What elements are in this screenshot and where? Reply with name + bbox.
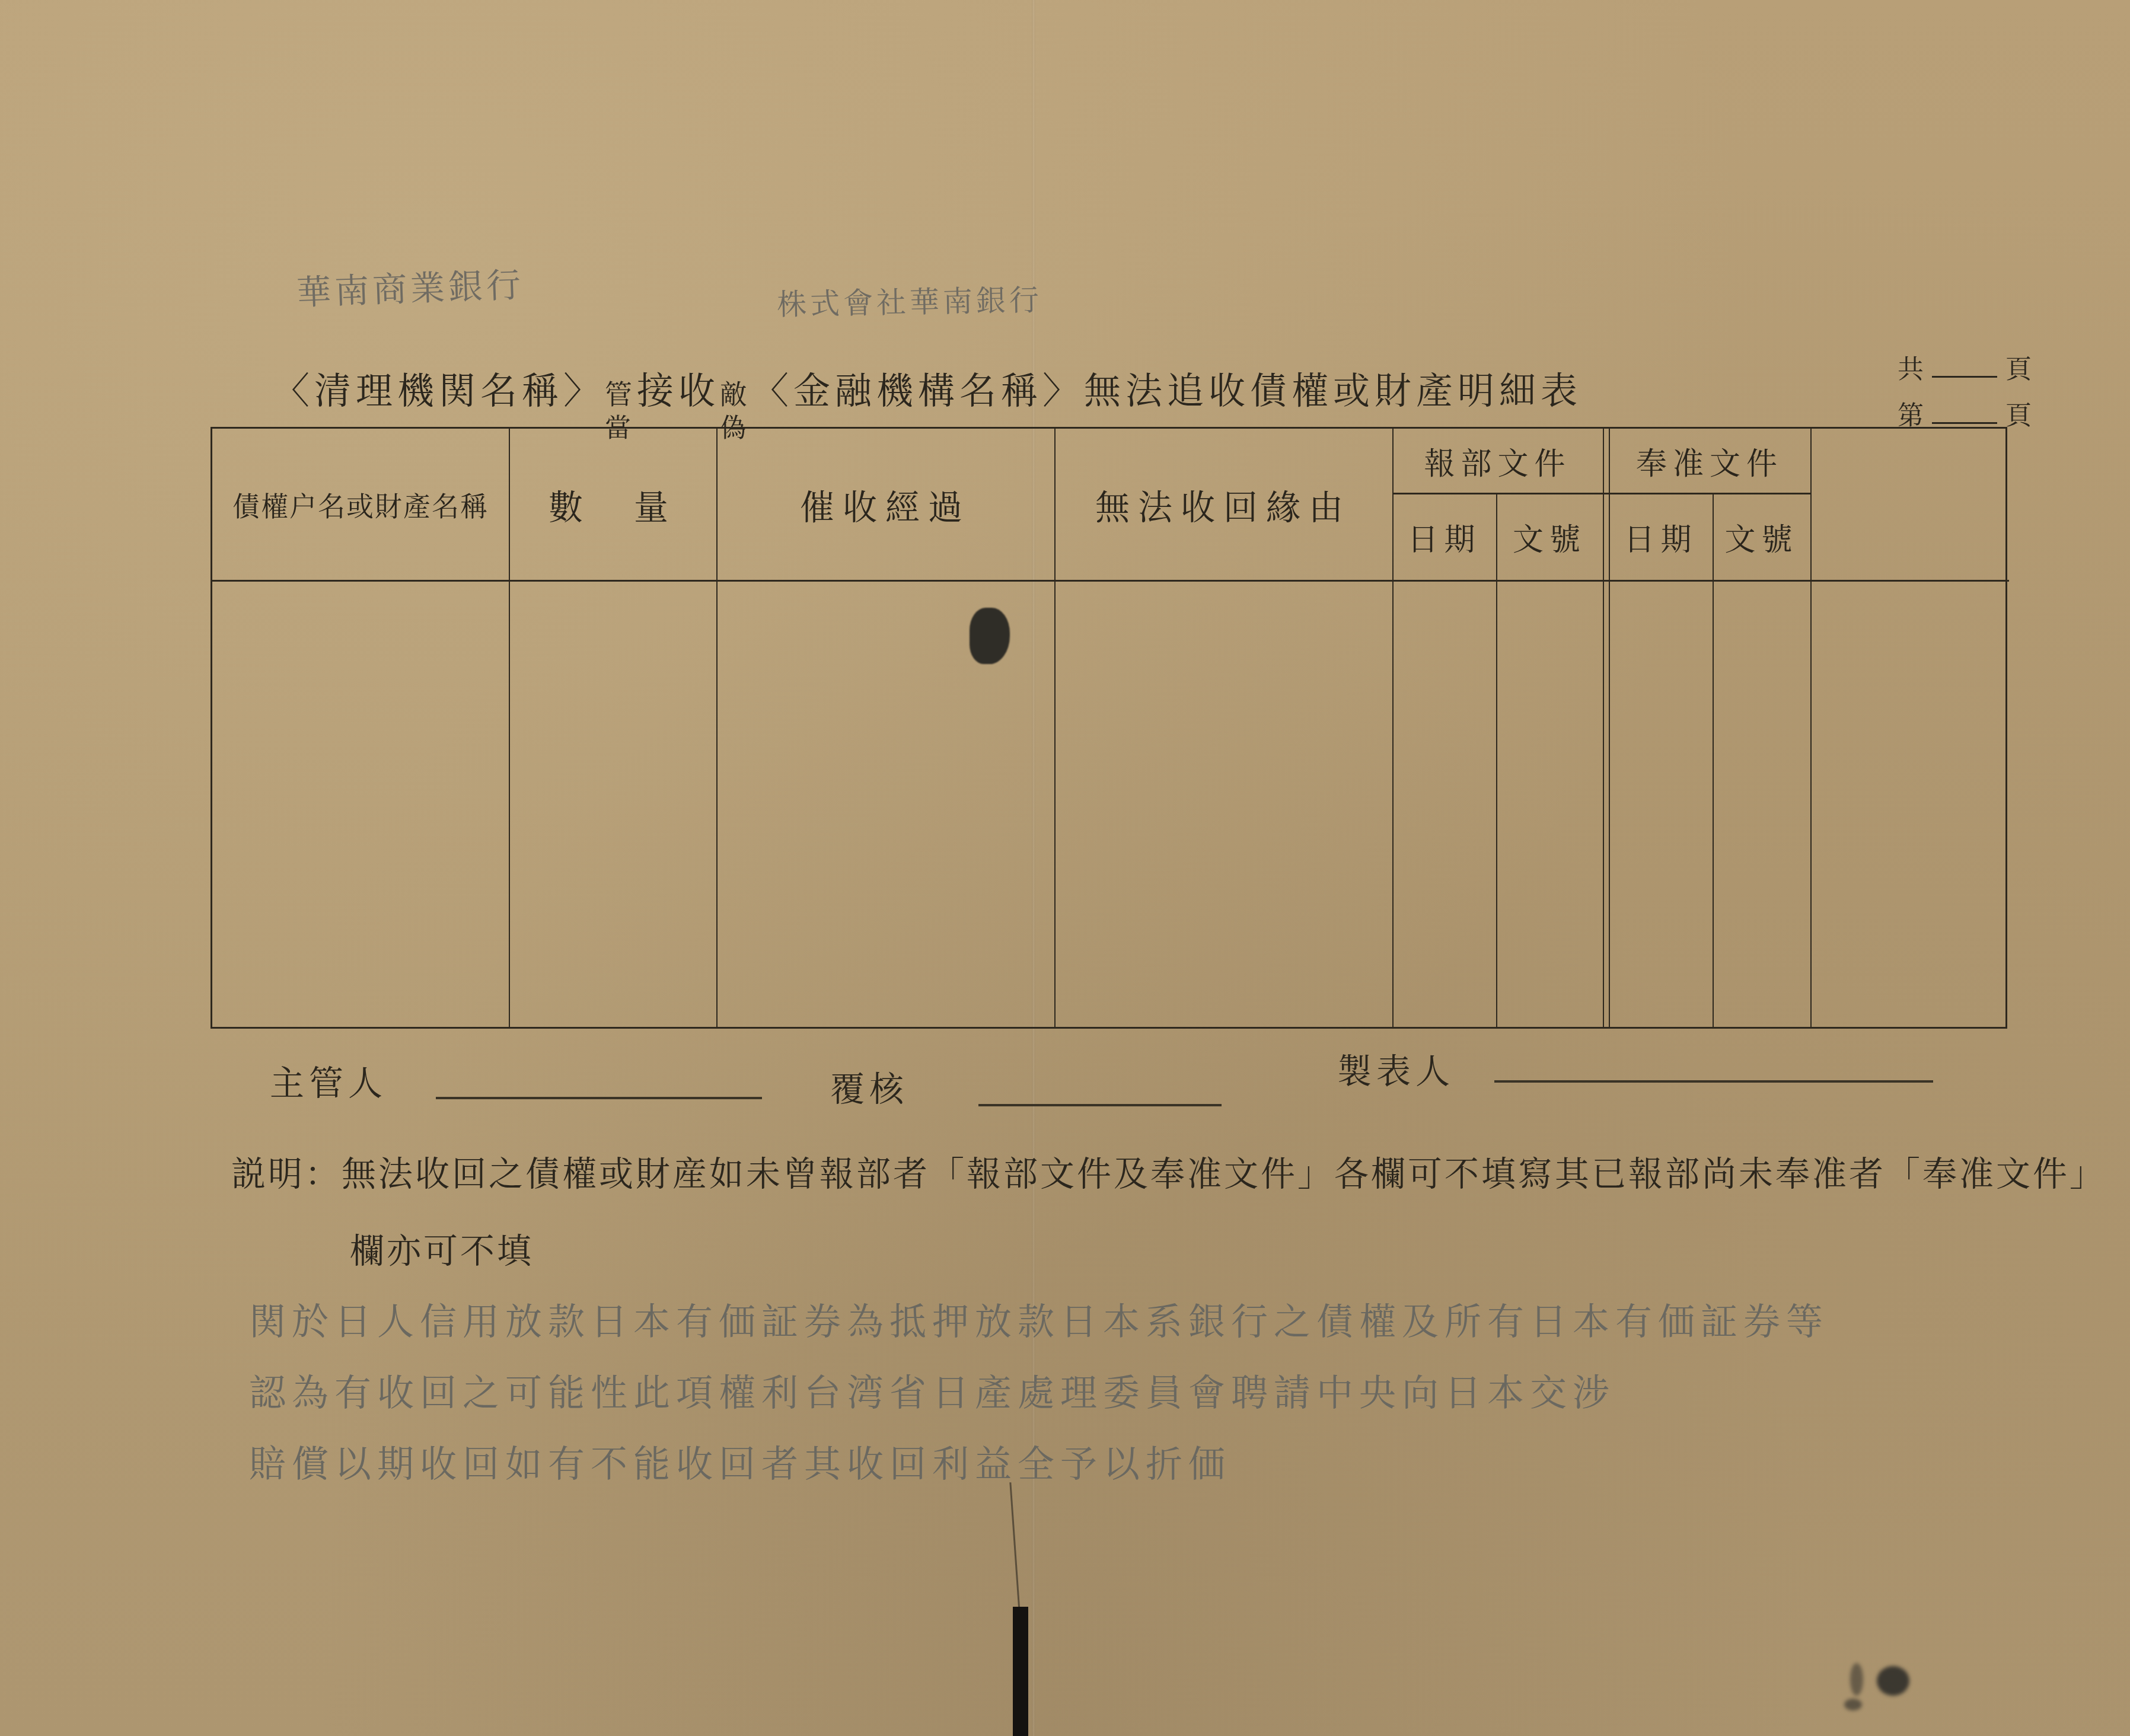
header-collection-process: 催收經過 xyxy=(716,429,1054,580)
header-quantity: 數 量 xyxy=(509,429,716,580)
header-approved-documents: 奉准文件 xyxy=(1609,429,1810,493)
pencil-handwritten-note: 関於日人信用放款日本有価証券為抵押放款日本系銀行之債權及所有日本有価証券等 認為… xyxy=(249,1287,1829,1500)
page-number: 共頁 第頁 xyxy=(1898,347,2032,439)
title-clearing-agency: 〈清理機関名稱〉 xyxy=(273,369,605,413)
instructions-note: 説明：無法收回之債權或財産如未曾報部者「報部文件及奉准文件」各欄可不填寫其已報部… xyxy=(231,1135,2106,1290)
pencil-note-line-1: 関於日人信用放款日本有価証券為抵押放款日本系銀行之債權及所有日本有価証券等 xyxy=(249,1287,1829,1358)
header-reported-date: 日期 xyxy=(1392,494,1496,580)
total-pages: 共頁 xyxy=(1898,347,2032,393)
signature-label-supervisor: 主管人 xyxy=(270,1055,387,1105)
signature-label-preparer: 製表人 xyxy=(1337,1043,1455,1093)
signature-field-supervisor[interactable] xyxy=(436,1097,762,1099)
title-financial-institution: 〈金融機構名稱〉 xyxy=(752,369,1084,413)
pencil-note-line-3: 賠償以期收回如有不能收回者其收回利益全予以折価 xyxy=(249,1429,1829,1500)
header-reported-documents: 報部文件 xyxy=(1392,429,1603,493)
total-pages-blank[interactable] xyxy=(1932,365,1997,378)
pencil-annotation-bank-name: 華南商業銀行 xyxy=(296,257,525,314)
title-description: 無法追收債權或財產明細表 xyxy=(1084,369,1582,413)
title-manage-stack: 管當 xyxy=(605,378,637,410)
instructions-line-2: 欄亦可不填 xyxy=(231,1212,2106,1290)
header-creditor-or-property: 債權户名或財產名稱 xyxy=(212,429,509,580)
header-reported-doc-no: 文號 xyxy=(1496,494,1603,580)
signature-field-reviewer[interactable] xyxy=(978,1104,1222,1106)
detail-table: 債權户名或財產名稱 數 量 催收經過 無法收回緣由 報部文件 日期 文號 奉准文… xyxy=(211,427,2007,1029)
instructions-line-1: 説明：無法收回之債權或財産如未曾報部者「報部文件及奉准文件」各欄可不填寫其已報部… xyxy=(231,1154,2106,1194)
header-approved-date: 日期 xyxy=(1609,494,1713,580)
form-title: 〈清理機関名稱〉管當接收敵偽〈金融機構名稱〉無法追收債權或財產明細表 xyxy=(273,362,1582,414)
table-body-empty[interactable] xyxy=(212,582,2009,1030)
title-takeover: 接收 xyxy=(637,369,720,413)
ink-blot-stain xyxy=(970,608,1010,664)
signature-label-reviewer: 覆核 xyxy=(830,1061,908,1111)
pencil-annotation-company-name: 株式會社華南銀行 xyxy=(776,276,1042,324)
current-page-blank[interactable] xyxy=(1932,411,1997,424)
ink-smudge xyxy=(1844,1654,1915,1708)
signature-field-preparer[interactable] xyxy=(1494,1080,1933,1083)
header-remarks xyxy=(1810,429,2009,580)
paper-tear-mark xyxy=(1008,1482,1032,1736)
header-reason-uncollectable: 無法收回緣由 xyxy=(1054,429,1392,580)
pencil-note-line-2: 認為有收回之可能性此項權利台湾省日產處理委員會聘請中央向日本交涉 xyxy=(249,1358,1829,1429)
header-approved-doc-no: 文號 xyxy=(1713,494,1810,580)
title-enemy-stack: 敵偽 xyxy=(720,378,752,410)
